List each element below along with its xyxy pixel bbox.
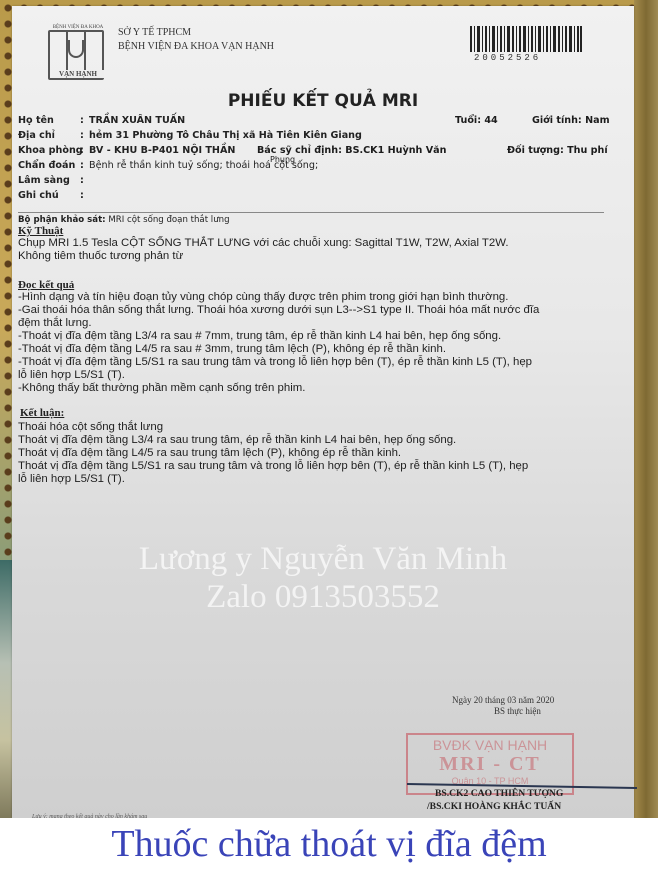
findings-line: -Không thấy bất thường phần mềm cạnh sốn… bbox=[18, 382, 618, 395]
patient-object: Đối tượng: Thu phí bbox=[507, 145, 608, 156]
conclusion-line: Thoái hóa cột sống thắt lưng bbox=[18, 421, 618, 434]
sign-date: Ngày 20 tháng 03 năm 2020 bbox=[452, 695, 554, 705]
findings-line: -Thoát vị đĩa đệm tầng L4/5 ra sau # 3mm… bbox=[18, 343, 618, 356]
note-label: Ghi chú bbox=[18, 190, 59, 201]
findings-text: -Hình dạng và tín hiệu đoạn tủy vùng chó… bbox=[18, 291, 618, 395]
patient-info: Họ tên : TRẦN XUÂN TUẤN Tuổi: 44 Giới tí… bbox=[12, 115, 634, 205]
patient-name: TRẦN XUÂN TUẤN bbox=[89, 115, 185, 126]
clinical-label: Lâm sàng bbox=[18, 175, 70, 186]
conclusion-line: Thoát vị đĩa đệm tầng L4/5 ra sau trung … bbox=[18, 447, 618, 460]
logo-bottom-text: VẠN HẠNH bbox=[52, 70, 104, 78]
findings-line: -Hình dạng và tín hiệu đoạn tủy vùng chó… bbox=[18, 291, 618, 304]
survey-line: Bộ phận khảo sát: MRI cột sống đoạn thắt… bbox=[18, 215, 618, 225]
address-label: Địa chỉ bbox=[18, 130, 55, 141]
findings-line: lỗ liên hợp L5/S1 (T). bbox=[18, 369, 618, 382]
info-row-diagnosis: Chẩn đoán : Bệnh rễ thần kinh tuỷ sống; … bbox=[12, 160, 634, 175]
diagnosis-label: Chẩn đoán bbox=[18, 160, 75, 171]
watermark-contact: Zalo 0913503552 bbox=[12, 579, 634, 616]
conclusion-line: lỗ liên hợp L5/S1 (T). bbox=[18, 473, 618, 486]
info-row-dept: Khoa phòng : BV - KHU B-P401 NỘI THẦN Bá… bbox=[12, 145, 634, 160]
patient-sex: Giới tính: Nam bbox=[532, 115, 610, 126]
doctor-overlap-text: Phụng bbox=[270, 155, 295, 164]
technique-heading: Kỹ Thuật bbox=[18, 225, 618, 237]
info-row-clinical: Lâm sàng : bbox=[12, 175, 634, 190]
info-row-note: Ghi chú : bbox=[12, 190, 634, 205]
conclusion-line: Thoát vị đĩa đệm tầng L5/S1 ra sau trung… bbox=[18, 460, 618, 473]
report-body: Bộ phận khảo sát: MRI cột sống đoạn thắt… bbox=[18, 215, 618, 486]
survey-value: MRI cột sống đoạn thắt lưng bbox=[108, 215, 229, 225]
findings-line: -Gai thoái hóa thân sống thắt lưng. Thoá… bbox=[18, 304, 618, 317]
patient-address: hẻm 31 Phường Tô Châu Thị xã Hà Tiên Kiê… bbox=[89, 130, 362, 141]
department-of-health: SỞ Y TẾ TPHCM bbox=[118, 27, 191, 38]
logo-figure-icon bbox=[68, 40, 84, 58]
watermark-name: Lương y Nguyễn Văn Minh bbox=[12, 541, 634, 578]
info-row-address: Địa chỉ : hẻm 31 Phường Tô Châu Thị xã H… bbox=[12, 130, 634, 145]
report-title: PHIẾU KẾT QUẢ MRI bbox=[12, 91, 634, 111]
patient-age: Tuổi: 44 bbox=[455, 115, 498, 126]
findings-line: đệm thắt lưng. bbox=[18, 317, 618, 330]
technique-line: Chụp MRI 1.5 Tesla CỘT SỐNG THẮT LƯNG vớ… bbox=[18, 237, 618, 250]
dept-label: Khoa phòng bbox=[18, 145, 83, 156]
conclusion-heading: Kết luận: bbox=[20, 407, 618, 419]
findings-line: -Thoát vị đĩa đệm tầng L3/4 ra sau # 7mm… bbox=[18, 330, 618, 343]
section-divider bbox=[18, 212, 604, 213]
logo-top-text: BỆNH VIỆN ĐA KHOA bbox=[48, 25, 108, 30]
barcode-number: 20052526 bbox=[474, 53, 584, 63]
findings-line: -Thoát vị đĩa đệm tầng L5/S1 ra sau trun… bbox=[18, 356, 618, 369]
info-row-name: Họ tên : TRẦN XUÂN TUẤN Tuổi: 44 Giới tí… bbox=[12, 115, 634, 130]
promo-banner: Thuốc chữa thoát vị đĩa đệm bbox=[0, 818, 658, 876]
survey-label: Bộ phận khảo sát: bbox=[18, 215, 106, 225]
patient-dept: BV - KHU B-P401 NỘI THẦN bbox=[89, 145, 235, 156]
barcode-icon bbox=[470, 26, 582, 52]
signer-secondary: /BS.CKI HOÀNG KHẮC TUẤN bbox=[427, 801, 561, 812]
conclusion-text: Thoái hóa cột sống thắt lưngThoát vị đĩa… bbox=[18, 421, 618, 486]
name-label: Họ tên bbox=[18, 115, 54, 126]
signer-primary: BS.CK2 CAO THIÊN TƯỢNG bbox=[435, 788, 563, 799]
sign-role: BS thực hiện bbox=[494, 706, 541, 716]
hospital-name: BỆNH VIỆN ĐA KHOA VẠN HẠNH bbox=[118, 41, 274, 52]
banknote-edge bbox=[634, 0, 658, 818]
mri-report-sheet: BỆNH VIỆN ĐA KHOA VẠN HẠNH SỞ Y TẾ TPHCM… bbox=[12, 6, 634, 818]
findings-heading: Đọc kết quả bbox=[18, 279, 618, 291]
conclusion-line: Thoát vị đĩa đệm tầng L3/4 ra sau trung … bbox=[18, 434, 618, 447]
technique-text: Chụp MRI 1.5 Tesla CỘT SỐNG THẮT LƯNG vớ… bbox=[18, 237, 618, 263]
technique-line: Không tiêm thuốc tương phản từ bbox=[18, 250, 618, 263]
